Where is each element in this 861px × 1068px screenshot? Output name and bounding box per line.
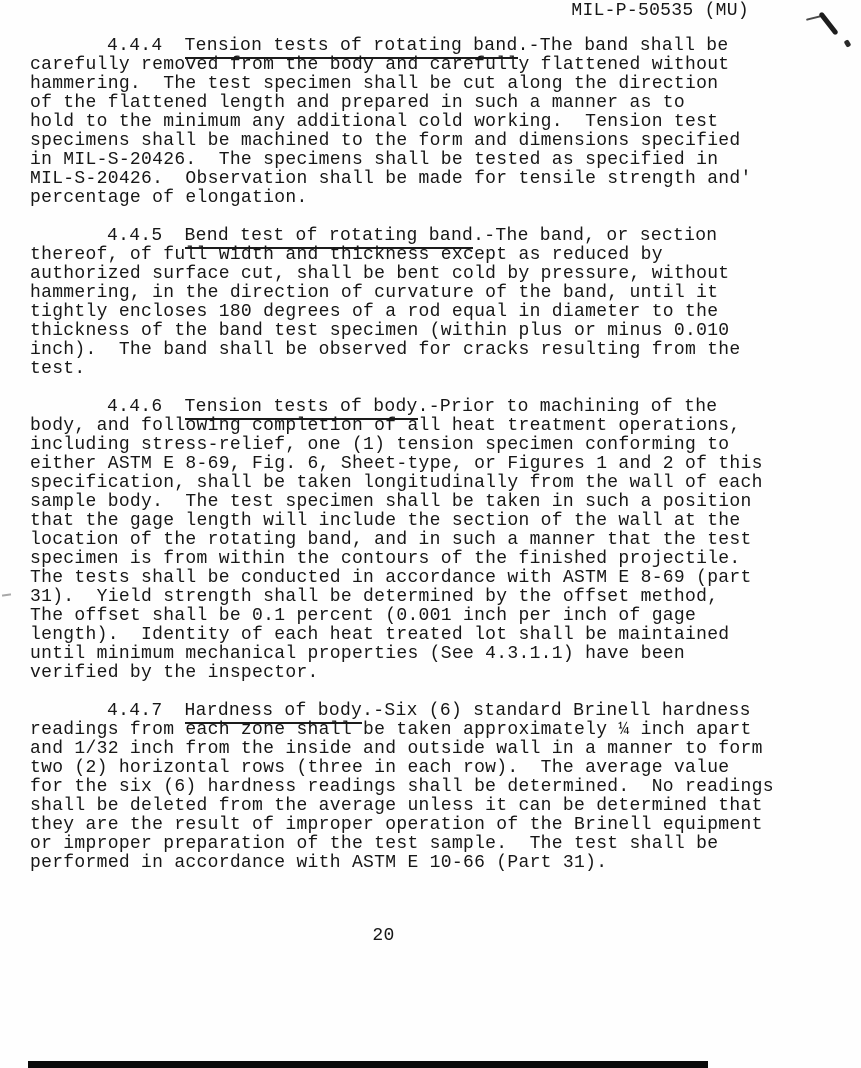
section-first-line: 4.4.7Hardness of body.-Six (6) standard … — [30, 702, 792, 721]
section-first-line: 4.4.4Tension tests of rotating band.-The… — [30, 37, 792, 56]
section-4-4-6: 4.4.6Tension tests of body.-Prior to mac… — [30, 398, 792, 683]
section-number: 4.4.6 — [107, 397, 163, 417]
section-number: 4.4.4 — [107, 36, 163, 56]
section-lead-in: .-Six (6) standard Brinell hardness — [362, 701, 751, 721]
section-lead-in: .-Prior to machining of the — [418, 397, 718, 417]
section-4-4-5: 4.4.5Bend test of rotating band.-The ban… — [30, 227, 792, 379]
section-body-text: body, and following completion of all he… — [30, 417, 792, 683]
document-page: MIL-P-50535 (MU) 4.4.4Tension tests of r… — [0, 0, 861, 1068]
document-number-header: MIL-P-50535 (MU) — [571, 2, 749, 21]
section-body-text: thereof, of full width and thickness exc… — [30, 246, 792, 379]
pencil-mark-icon — [818, 11, 839, 35]
section-lead-in: .-The band, or section — [473, 226, 717, 246]
page-number: 20 — [30, 927, 792, 946]
section-number: 4.4.5 — [107, 226, 163, 246]
document-body: 4.4.4Tension tests of rotating band.-The… — [30, 37, 792, 946]
section-first-line: 4.4.5Bend test of rotating band.-The ban… — [30, 227, 792, 246]
section-first-line: 4.4.6Tension tests of body.-Prior to mac… — [30, 398, 792, 417]
section-body-text: carefully removed from the body and care… — [30, 56, 792, 208]
section-body-text: readings from each zone shall be taken a… — [30, 721, 792, 873]
section-lead-in: .-The band shall be — [518, 36, 729, 56]
pencil-mark-icon — [844, 39, 852, 48]
section-number: 4.4.7 — [107, 701, 163, 721]
section-4-4-4: 4.4.4Tension tests of rotating band.-The… — [30, 37, 792, 208]
scan-edge-bar — [28, 1061, 708, 1068]
section-4-4-7: 4.4.7Hardness of body.-Six (6) standard … — [30, 702, 792, 873]
margin-stray-mark — [2, 593, 11, 596]
